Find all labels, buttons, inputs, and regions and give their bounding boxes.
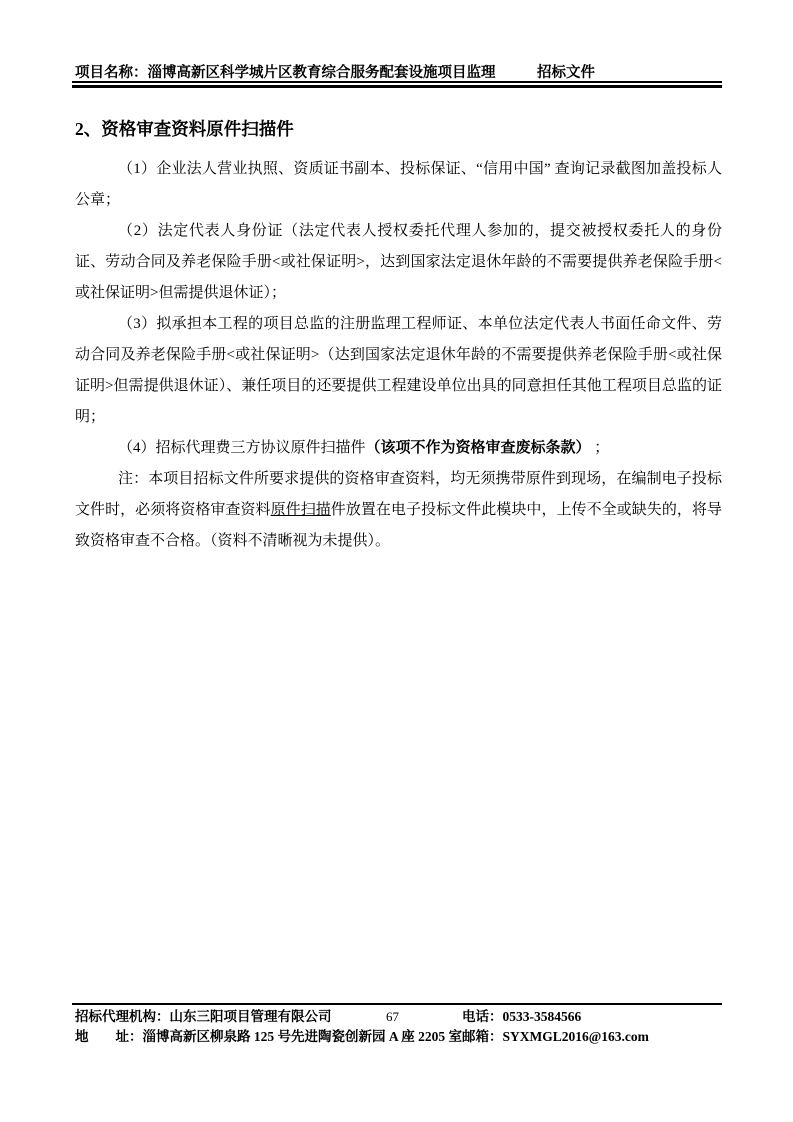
paragraph-4-bold-clause: （该项不作为资格审查废标条款）	[366, 440, 591, 456]
document-page: 项目名称：淄博高新区科学城片区教育综合服务配套设施项目监理 招标文件 2、资格审…	[0, 0, 793, 1122]
page-footer: 招标代理机构：山东三阳项目管理有限公司 67 电话：0533-3584566 地…	[0, 1007, 793, 1047]
paragraph-item-4: （4）招标代理费三方协议原件扫描件（该项不作为资格审查废标条款） ；	[75, 433, 722, 464]
section-title: 2、资格审查资料原件扫描件	[75, 117, 722, 141]
paragraph-item-1: （1）企业法人营业执照、资质证书副本、投标保证、“信用中国” 查询记录截图加盖投…	[75, 154, 722, 216]
document-body: 2、资格审查资料原件扫描件 （1）企业法人营业执照、资质证书副本、投标保证、“信…	[75, 117, 722, 557]
header-doc-type: 招标文件	[537, 61, 595, 82]
footer-address: 地 址：淄博高新区柳泉路 125 号先进陶瓷创新园 A 座 2205 室	[75, 1027, 462, 1047]
page-number: 67	[386, 1007, 399, 1027]
note-paragraph: 注：本项目招标文件所要求提供的资格审查资料，均无须携带原件到现场，在编制电子投标…	[75, 464, 722, 557]
footer-row-2: 地 址：淄博高新区柳泉路 125 号先进陶瓷创新园 A 座 2205 室 邮箱：…	[0, 1027, 793, 1047]
header-rule-thin	[72, 81, 722, 83]
paragraph-item-3: （3）拟承担本工程的项目总监的注册监理工程师证、本单位法定代表人书面任命文件、劳…	[75, 309, 722, 433]
header-project-name: 项目名称：淄博高新区科学城片区教育综合服务配套设施项目监理	[75, 65, 496, 81]
paragraph-4-end: ；	[591, 440, 610, 456]
paragraph-item-2: （2）法定代表人身份证（法定代表人授权委托代理人参加的，提交被授权委托人的身份证…	[75, 216, 722, 309]
footer-row-1: 招标代理机构：山东三阳项目管理有限公司 67 电话：0533-3584566	[0, 1007, 793, 1027]
page-header: 项目名称：淄博高新区科学城片区教育综合服务配套设施项目监理 招标文件	[75, 61, 722, 81]
footer-agency: 招标代理机构：山东三阳项目管理有限公司	[75, 1007, 332, 1027]
footer-phone: 电话：0533-3584566	[462, 1007, 581, 1027]
footer-rule	[72, 1003, 722, 1005]
note-underlined-text: 原件扫描	[271, 502, 331, 518]
header-rule-thick	[72, 85, 722, 88]
paragraph-4-text: （4）招标代理费三方协议原件扫描件	[118, 440, 366, 456]
footer-email: 邮箱：SYXMGL2016@163.com	[462, 1027, 649, 1047]
